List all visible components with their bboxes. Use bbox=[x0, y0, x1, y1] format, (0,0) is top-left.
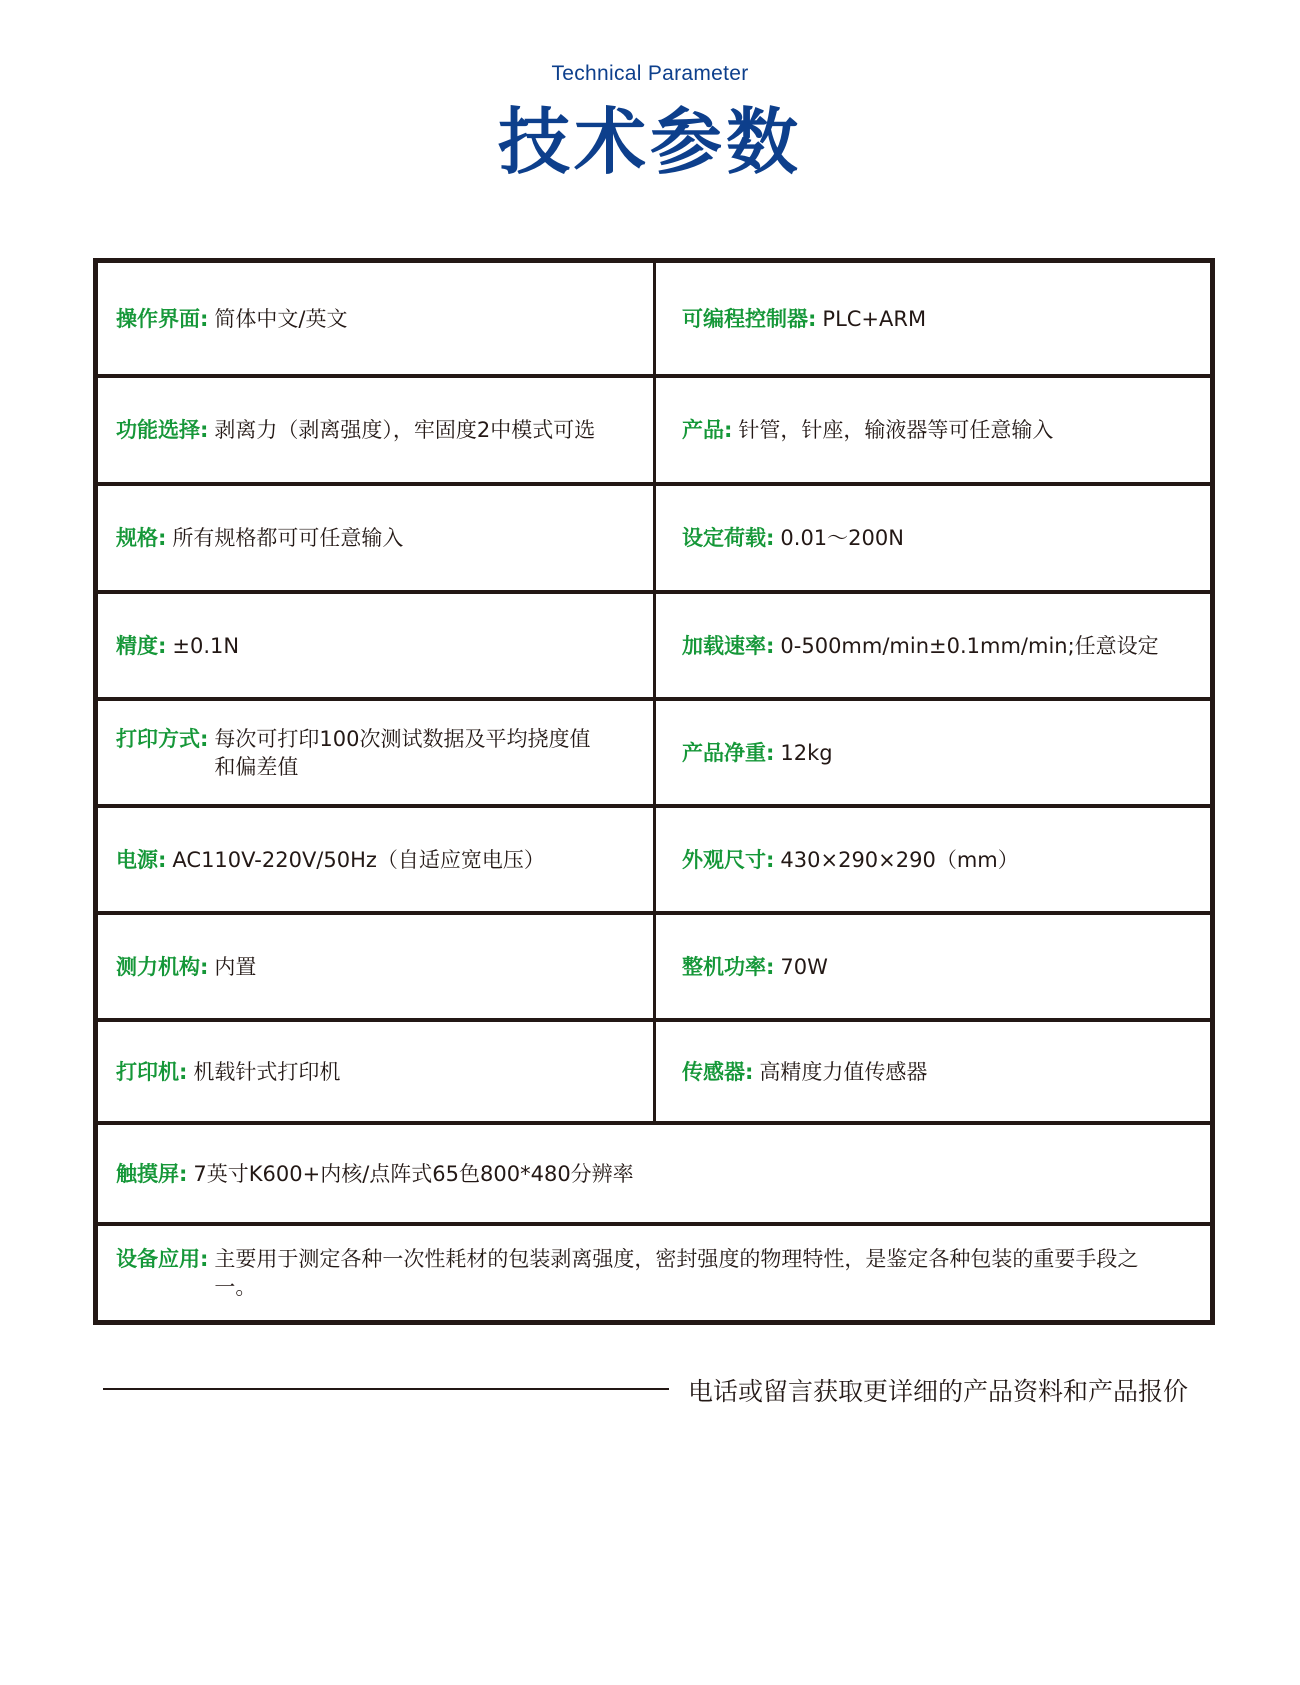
spec-value: 所有规格都可可任意输入 bbox=[172, 524, 403, 552]
spec-cell-product: 产品:针管，针座，输液器等可任意输入 bbox=[653, 378, 1210, 482]
spec-cell-application: 设备应用:主要用于测定各种一次性耗材的包装剥离强度，密封强度的物理特性，是鉴定各… bbox=[98, 1226, 1210, 1320]
spec-label: 整机功率: bbox=[682, 953, 774, 981]
spec-cell-force-mechanism: 测力机构:内置 bbox=[98, 915, 653, 1018]
spec-row: 设备应用:主要用于测定各种一次性耗材的包装剥离强度，密封强度的物理特性，是鉴定各… bbox=[98, 1222, 1210, 1320]
spec-value: 内置 bbox=[214, 953, 256, 981]
spec-row: 打印方式:每次可打印100次测试数据及平均挠度值和偏差值 产品净重:12kg bbox=[98, 697, 1210, 804]
spec-label: 操作界面: bbox=[116, 305, 208, 333]
spec-value: 每次可打印100次测试数据及平均挠度值和偏差值 bbox=[214, 725, 604, 781]
spec-value: 机载针式打印机 bbox=[193, 1058, 340, 1086]
spec-row: 测力机构:内置 整机功率:70W bbox=[98, 911, 1210, 1018]
spec-cell-dimensions: 外观尺寸:430×290×290（mm） bbox=[653, 808, 1210, 911]
spec-cell-load: 设定荷载:0.01～200N bbox=[653, 486, 1210, 590]
spec-cell-operation-interface: 操作界面:简体中文/英文 bbox=[98, 263, 653, 374]
spec-label: 打印方式: bbox=[116, 725, 208, 753]
spec-label: 设定荷载: bbox=[682, 524, 774, 552]
spec-value: 0-500mm/min±0.1mm/min;任意设定 bbox=[780, 632, 1158, 660]
spec-cell-power-supply: 电源:AC110V-220V/50Hz（自适应宽电压） bbox=[98, 808, 653, 911]
page-subtitle: Technical Parameter bbox=[0, 62, 1300, 86]
spec-label: 功能选择: bbox=[116, 416, 208, 444]
spec-table: 操作界面:简体中文/英文 可编程控制器:PLC+ARM 功能选择:剥离力（剥离强… bbox=[93, 258, 1215, 1325]
spec-label: 加载速率: bbox=[682, 632, 774, 660]
spec-label: 传感器: bbox=[682, 1058, 753, 1086]
spec-value: AC110V-220V/50Hz（自适应宽电压） bbox=[172, 846, 545, 874]
spec-label: 产品: bbox=[682, 416, 732, 444]
spec-label: 电源: bbox=[116, 846, 166, 874]
spec-cell-net-weight: 产品净重:12kg bbox=[653, 701, 1210, 804]
spec-label: 精度: bbox=[116, 632, 166, 660]
spec-value: 简体中文/英文 bbox=[214, 305, 347, 333]
footer-contact-text: 电话或留言获取更详细的产品资料和产品报价 bbox=[688, 1372, 1188, 1408]
spec-cell-specification: 规格:所有规格都可可任意输入 bbox=[98, 486, 653, 590]
spec-cell-touchscreen: 触摸屏:7英寸K600+内核/点阵式65色800*480分辨率 bbox=[98, 1125, 1210, 1222]
spec-label: 产品净重: bbox=[682, 739, 774, 767]
spec-label: 设备应用: bbox=[116, 1245, 208, 1273]
spec-cell-precision: 精度:±0.1N bbox=[98, 594, 653, 697]
spec-row: 触摸屏:7英寸K600+内核/点阵式65色800*480分辨率 bbox=[98, 1121, 1210, 1222]
spec-row: 精度:±0.1N 加载速率:0-500mm/min±0.1mm/min;任意设定 bbox=[98, 590, 1210, 697]
spec-value: 12kg bbox=[780, 739, 832, 767]
spec-value: 主要用于测定各种一次性耗材的包装剥离强度，密封强度的物理特性，是鉴定各种包装的重… bbox=[214, 1245, 1174, 1301]
spec-cell-function: 功能选择:剥离力（剥离强度），牢固度2中模式可选 bbox=[98, 378, 653, 482]
spec-cell-printer: 打印机:机载针式打印机 bbox=[98, 1022, 653, 1121]
spec-row: 电源:AC110V-220V/50Hz（自适应宽电压） 外观尺寸:430×290… bbox=[98, 804, 1210, 911]
spec-cell-power: 整机功率:70W bbox=[653, 915, 1210, 1018]
spec-label: 外观尺寸: bbox=[682, 846, 774, 874]
spec-row: 打印机:机载针式打印机 传感器:高精度力值传感器 bbox=[98, 1018, 1210, 1121]
spec-value: 针管，针座，输液器等可任意输入 bbox=[738, 416, 1053, 444]
spec-label: 可编程控制器: bbox=[682, 305, 816, 333]
spec-label: 触摸屏: bbox=[116, 1160, 187, 1188]
spec-value: 70W bbox=[780, 953, 828, 981]
spec-value: PLC+ARM bbox=[822, 305, 926, 333]
spec-cell-controller: 可编程控制器:PLC+ARM bbox=[653, 263, 1210, 374]
spec-cell-sensor: 传感器:高精度力值传感器 bbox=[653, 1022, 1210, 1121]
spec-value: 430×290×290（mm） bbox=[780, 846, 1018, 874]
spec-label: 打印机: bbox=[116, 1058, 187, 1086]
spec-value: 高精度力值传感器 bbox=[759, 1058, 927, 1086]
page-title: 技术参数 bbox=[0, 100, 1300, 184]
spec-label: 测力机构: bbox=[116, 953, 208, 981]
spec-value: 剥离力（剥离强度），牢固度2中模式可选 bbox=[214, 416, 595, 444]
spec-value: 0.01～200N bbox=[780, 524, 904, 552]
spec-value: ±0.1N bbox=[172, 632, 239, 660]
spec-cell-loading-rate: 加载速率:0-500mm/min±0.1mm/min;任意设定 bbox=[653, 594, 1210, 697]
spec-row: 操作界面:简体中文/英文 可编程控制器:PLC+ARM bbox=[98, 263, 1210, 374]
spec-label: 规格: bbox=[116, 524, 166, 552]
spec-row: 功能选择:剥离力（剥离强度），牢固度2中模式可选 产品:针管，针座，输液器等可任… bbox=[98, 374, 1210, 482]
spec-value: 7英寸K600+内核/点阵式65色800*480分辨率 bbox=[193, 1160, 633, 1188]
footer-divider bbox=[103, 1388, 669, 1390]
spec-cell-print-mode: 打印方式:每次可打印100次测试数据及平均挠度值和偏差值 bbox=[98, 701, 653, 804]
spec-row: 规格:所有规格都可可任意输入 设定荷载:0.01～200N bbox=[98, 482, 1210, 590]
